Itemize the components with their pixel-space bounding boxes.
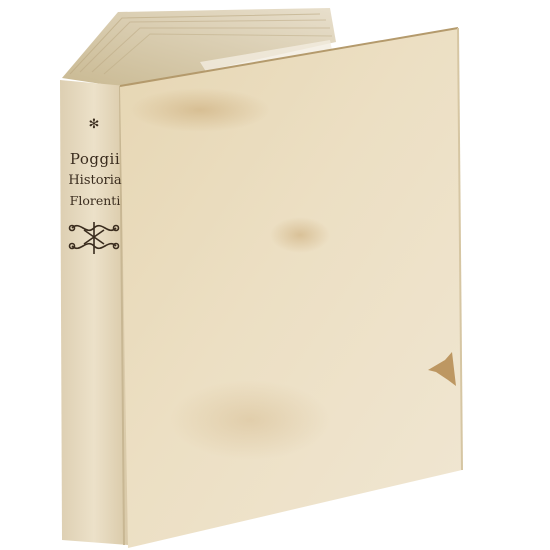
book-photo: ✻ [0, 0, 550, 550]
spine-star-ornament: ✻ [89, 117, 100, 132]
spine-title-line-1: Poggii [62, 152, 128, 167]
spine-title-line-2: Historia [62, 174, 128, 187]
spine-title-line-3: Florenti [62, 195, 128, 208]
